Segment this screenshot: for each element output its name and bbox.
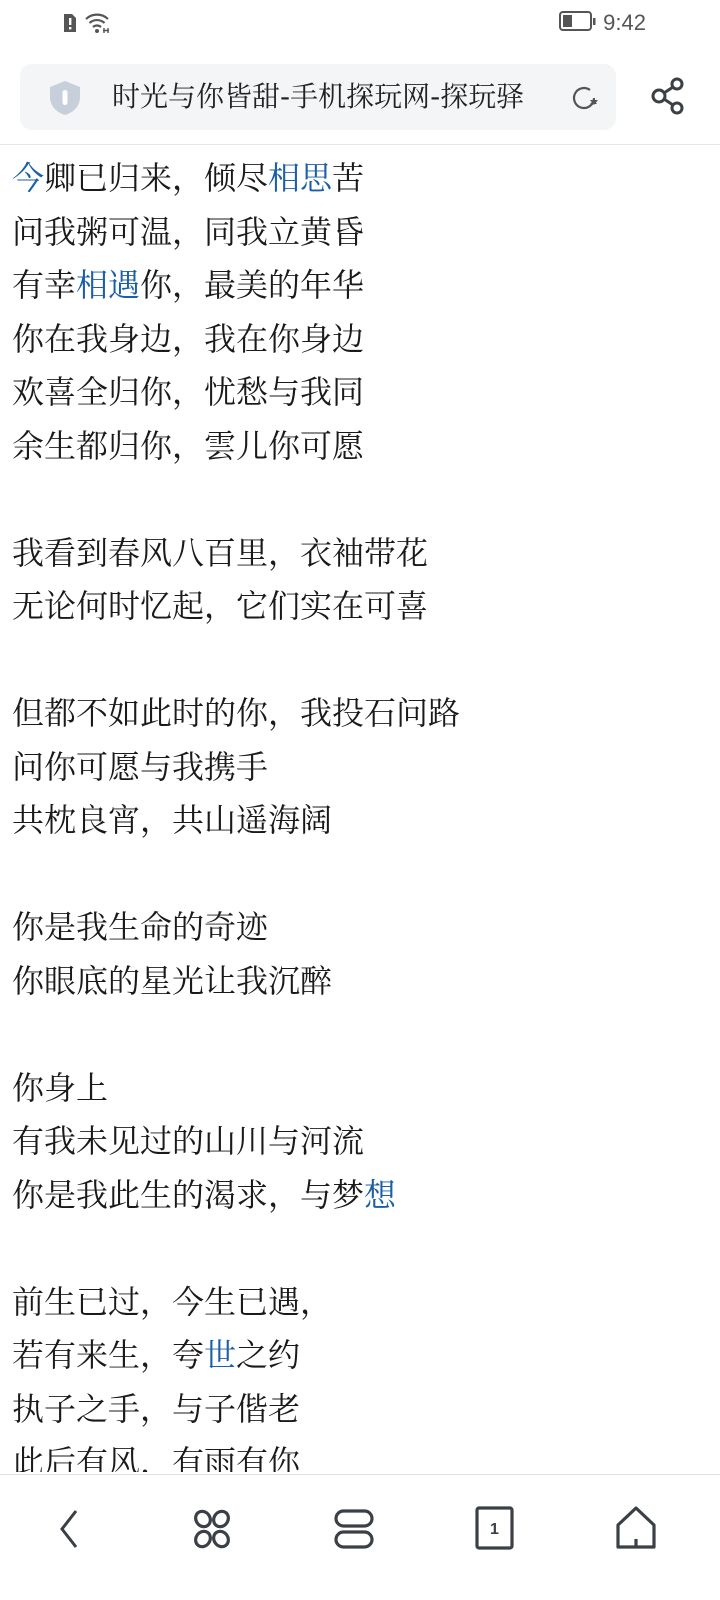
status-right: 9:42	[559, 10, 646, 36]
text-line: 你眼底的星光让我沉醉	[12, 955, 712, 1009]
text-line: 若有来生，夸世之约	[12, 1329, 712, 1383]
bottom-navigation: 1	[0, 1474, 720, 1600]
svg-text:1: 1	[490, 1521, 499, 1538]
menu-icon	[332, 1507, 376, 1551]
keyword-link[interactable]: 相思	[268, 159, 332, 197]
text-segment: 若有来生，夸	[12, 1336, 204, 1374]
text-segment: 但都不如此时的你，我投石问路	[12, 694, 460, 732]
sim-alert-icon	[62, 12, 78, 38]
text-segment: 执子之手，与子偕老	[12, 1390, 300, 1428]
share-icon[interactable]	[648, 76, 688, 120]
shield-icon[interactable]	[46, 79, 84, 121]
text-segment: 苦	[332, 159, 364, 197]
home-icon	[614, 1505, 658, 1553]
text-segment: 我看到春风八百里，衣袖带花	[12, 534, 428, 572]
text-line: 欢喜全归你，忧愁与我同	[12, 366, 712, 420]
text-line: 执子之手，与子偕老	[12, 1383, 712, 1437]
text-line: 你是我此生的渴求，与梦想	[12, 1169, 712, 1223]
address-bar[interactable]: 时光与你皆甜-手机探玩网-探玩驿	[20, 64, 616, 130]
text-line: 你是我生命的奇迹	[12, 901, 712, 955]
text-segment: 之约	[236, 1336, 300, 1374]
text-line: 余生都归你，雲儿你可愿	[12, 420, 712, 474]
back-button[interactable]	[42, 1501, 98, 1557]
text-line: 我看到春风八百里，衣袖带花	[12, 527, 712, 581]
text-line: 共枕良宵，共山遥海阔	[12, 794, 712, 848]
text-line: 问你可愿与我携手	[12, 741, 712, 795]
text-line: 你在我身边，我在你身边	[12, 313, 712, 367]
shortcuts-button[interactable]	[184, 1501, 240, 1557]
text-segment: 你，最美的年华	[140, 266, 364, 304]
text-segment: 共枕良宵，共山遥海阔	[12, 801, 332, 839]
text-segment: 问我粥可温，同我立黄昏	[12, 213, 364, 251]
text-line: 你身上	[12, 1062, 712, 1116]
page-title[interactable]: 时光与你皆甜-手机探玩网-探玩驿	[112, 80, 562, 114]
keyword-link[interactable]: 世	[204, 1336, 236, 1374]
wifi-icon	[84, 12, 112, 38]
clock: 9:42	[603, 10, 646, 36]
home-button[interactable]	[608, 1501, 664, 1557]
text-segment: 你是我此生的渴求，与梦	[12, 1176, 364, 1214]
text-segment: 余生都归你，雲儿你可愿	[12, 427, 364, 465]
battery-icon	[559, 10, 597, 36]
text-segment: 无论何时忆起，它们实在可喜	[12, 587, 428, 625]
status-bar: 9:42	[0, 0, 720, 48]
text-segment: 卿已归来，倾尽	[44, 159, 268, 197]
article-content: 今卿已归来，倾尽相思苦问我粥可温，同我立黄昏有幸相遇你，最美的年华你在我身边，我…	[12, 152, 712, 1472]
keyword-link[interactable]: 想	[364, 1176, 396, 1214]
tabs-button[interactable]: 1	[467, 1501, 523, 1557]
chevron-left-icon	[50, 1507, 90, 1551]
status-left	[62, 12, 112, 38]
text-line: 前生已过，今生已遇，	[12, 1276, 712, 1330]
browser-toolbar: 时光与你皆甜-手机探玩网-探玩驿	[0, 60, 720, 145]
text-segment: 你是我生命的奇迹	[12, 908, 268, 946]
text-line: 但都不如此时的你，我投石问路	[12, 687, 712, 741]
blank-line	[12, 848, 712, 902]
blank-line	[12, 634, 712, 688]
blank-line	[12, 1008, 712, 1062]
text-segment: 此后有风，有雨有你	[12, 1443, 300, 1472]
text-segment: 前生已过，今生已遇，	[12, 1283, 332, 1321]
command-icon	[190, 1507, 234, 1551]
text-segment: 你身上	[12, 1069, 108, 1107]
text-line: 今卿已归来，倾尽相思苦	[12, 152, 712, 206]
text-segment: 问你可愿与我携手	[12, 748, 268, 786]
text-segment: 有我未见过的山川与河流	[12, 1122, 364, 1160]
text-line: 有幸相遇你，最美的年华	[12, 259, 712, 313]
reload-icon[interactable]	[568, 82, 600, 118]
text-segment: 有幸	[12, 266, 76, 304]
keyword-link[interactable]: 相遇	[76, 266, 140, 304]
tabs-icon: 1	[473, 1505, 517, 1553]
menu-button[interactable]	[326, 1501, 382, 1557]
text-line: 无论何时忆起，它们实在可喜	[12, 580, 712, 634]
text-line: 此后有风，有雨有你	[12, 1436, 712, 1472]
keyword-link[interactable]: 今	[12, 159, 44, 197]
text-segment: 你在我身边，我在你身边	[12, 320, 364, 358]
text-line: 问我粥可温，同我立黄昏	[12, 206, 712, 260]
text-segment: 你眼底的星光让我沉醉	[12, 962, 332, 1000]
text-segment: 欢喜全归你，忧愁与我同	[12, 373, 364, 411]
blank-line	[12, 1222, 712, 1276]
blank-line	[12, 473, 712, 527]
text-line: 有我未见过的山川与河流	[12, 1115, 712, 1169]
